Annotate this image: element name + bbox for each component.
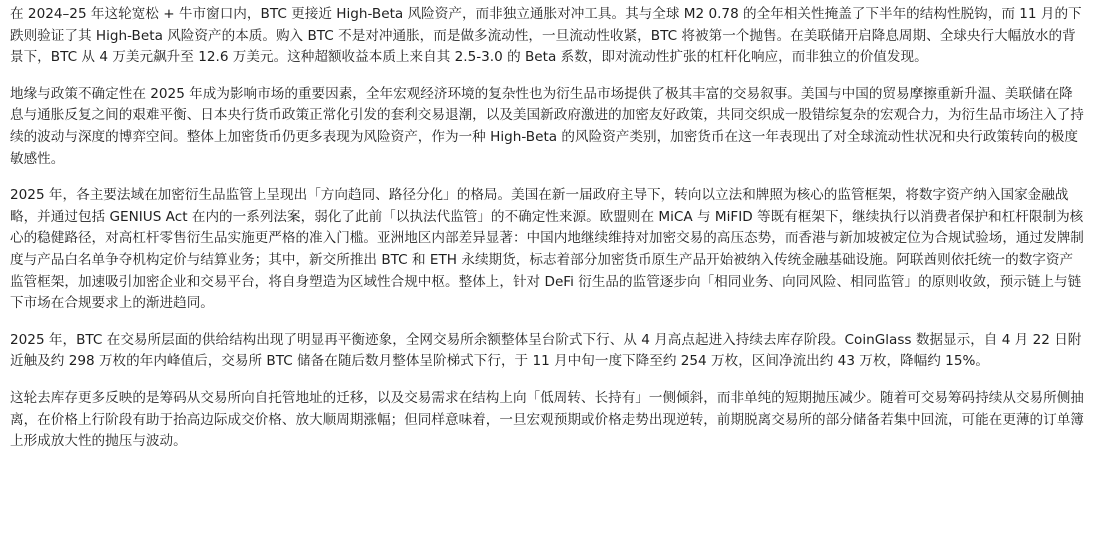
- paragraph-destocking: 这轮去库存更多反映的是筹码从交易所向自托管地址的迁移，以及交易需求在结构上向「低…: [10, 388, 1084, 453]
- paragraph-geopolitics-policy: 地缘与政策不确定性在 2025 年成为影响市场的重要因素，全年宏观经济环境的复杂…: [10, 84, 1084, 170]
- paragraph-exchange-reserves: 2025 年，BTC 在交易所层面的供给结构出现了明显再平衡迹象，全网交易所余额…: [10, 330, 1084, 373]
- document-body: 在 2024–25 年这轮宽松 + 牛市窗口内，BTC 更接近 High-Bet…: [0, 0, 1096, 453]
- paragraph-regulation: 2025 年，各主要法域在加密衍生品监管上呈现出「方向趋同、路径分化」的格局。美…: [10, 185, 1084, 315]
- paragraph-btc-high-beta: 在 2024–25 年这轮宽松 + 牛市窗口内，BTC 更接近 High-Bet…: [10, 4, 1084, 69]
